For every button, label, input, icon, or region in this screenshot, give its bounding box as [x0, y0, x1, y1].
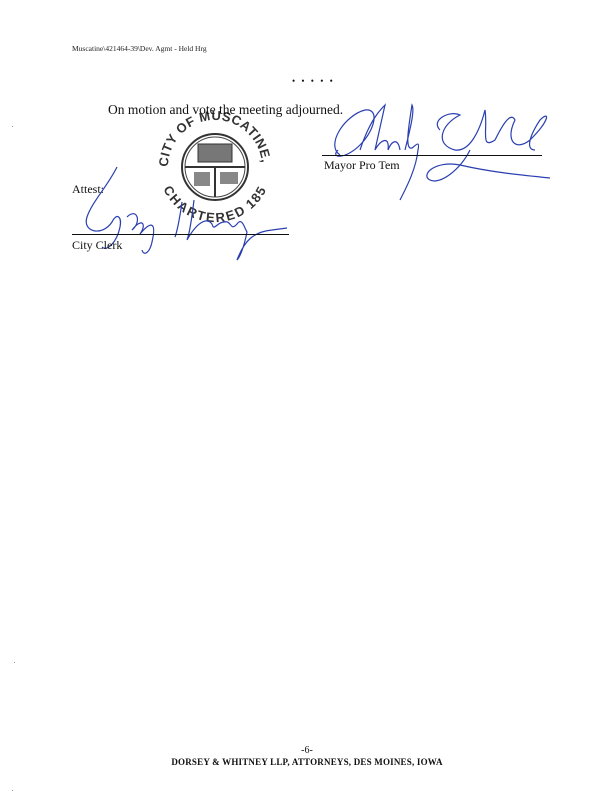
section-separator: • • • • • — [292, 76, 335, 86]
scan-speck — [14, 662, 15, 663]
mayor-signature-icon — [320, 100, 565, 205]
mayor-signature-line — [322, 155, 542, 156]
motion-text: On motion and vote the meeting adjourned… — [108, 102, 343, 118]
footer-firm: DORSEY & WHITNEY LLP, ATTORNEYS, DES MOI… — [0, 757, 614, 767]
clerk-signature-label: City Clerk — [72, 238, 122, 253]
scan-speck — [12, 790, 13, 791]
header-reference: Muscatine\421464-39\Dev. Agmt - Held Hrg — [72, 44, 207, 53]
page-number: -6- — [0, 745, 614, 756]
scan-speck — [12, 126, 13, 127]
clerk-signature-line — [72, 234, 289, 235]
mayor-signature-label: Mayor Pro Tem — [324, 158, 400, 173]
